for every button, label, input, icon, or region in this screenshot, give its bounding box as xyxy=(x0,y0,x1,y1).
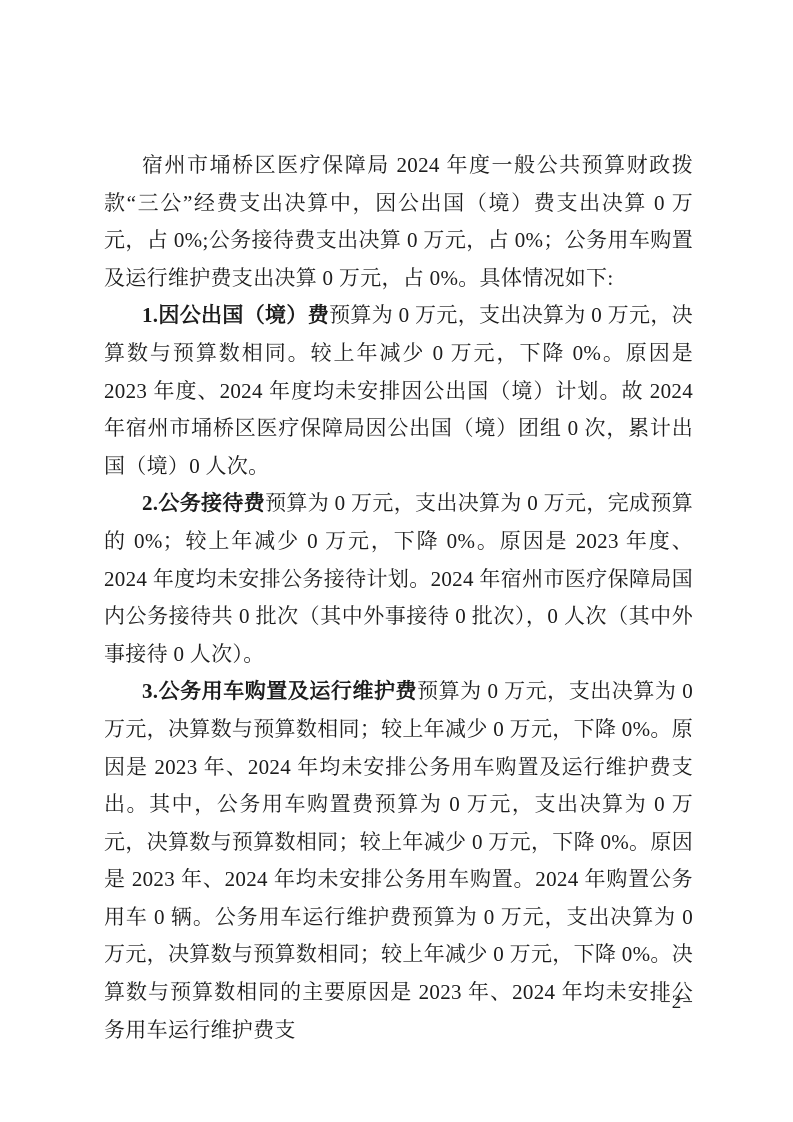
paragraph-body: 预算为 0 万元，支出决算为 0 万元，决算数与预算数相同；较上年减少 0 万元… xyxy=(104,679,693,1041)
paragraph-body: 宿州市埇桥区医疗保障局 2024 年度一般公共预算财政拨款“三公”经费支出决算中… xyxy=(104,153,693,290)
page-number: −2− xyxy=(660,992,694,1014)
document-body: 宿州市埇桥区医疗保障局 2024 年度一般公共预算财政拨款“三公”经费支出决算中… xyxy=(104,147,693,1049)
paragraph-official-reception-fee: 2.公务接待费预算为 0 万元，支出决算为 0 万元，完成预算的 0%；较上年减… xyxy=(104,485,693,673)
paragraph-body: 预算为 0 万元，支出决算为 0 万元，完成预算的 0%；较上年减少 0 万元，… xyxy=(104,491,693,665)
paragraph-lead: 3.公务用车购置及运行维护费 xyxy=(142,679,417,703)
paragraph-overseas-travel-fee: 1.因公出国（境）费预算为 0 万元，支出决算为 0 万元，决算数与预算数相同。… xyxy=(104,297,693,485)
paragraph-official-vehicle-fee: 3.公务用车购置及运行维护费预算为 0 万元，支出决算为 0 万元，决算数与预算… xyxy=(104,673,693,1049)
paragraph-lead: 1.因公出国（境）费 xyxy=(142,303,329,327)
document-page: 宿州市埇桥区医疗保障局 2024 年度一般公共预算财政拨款“三公”经费支出决算中… xyxy=(0,0,793,1122)
paragraph-lead: 2.公务接待费 xyxy=(142,491,265,515)
paragraph-intro: 宿州市埇桥区医疗保障局 2024 年度一般公共预算财政拨款“三公”经费支出决算中… xyxy=(104,147,693,297)
paragraph-body: 预算为 0 万元，支出决算为 0 万元，决算数与预算数相同。较上年减少 0 万元… xyxy=(104,303,693,477)
